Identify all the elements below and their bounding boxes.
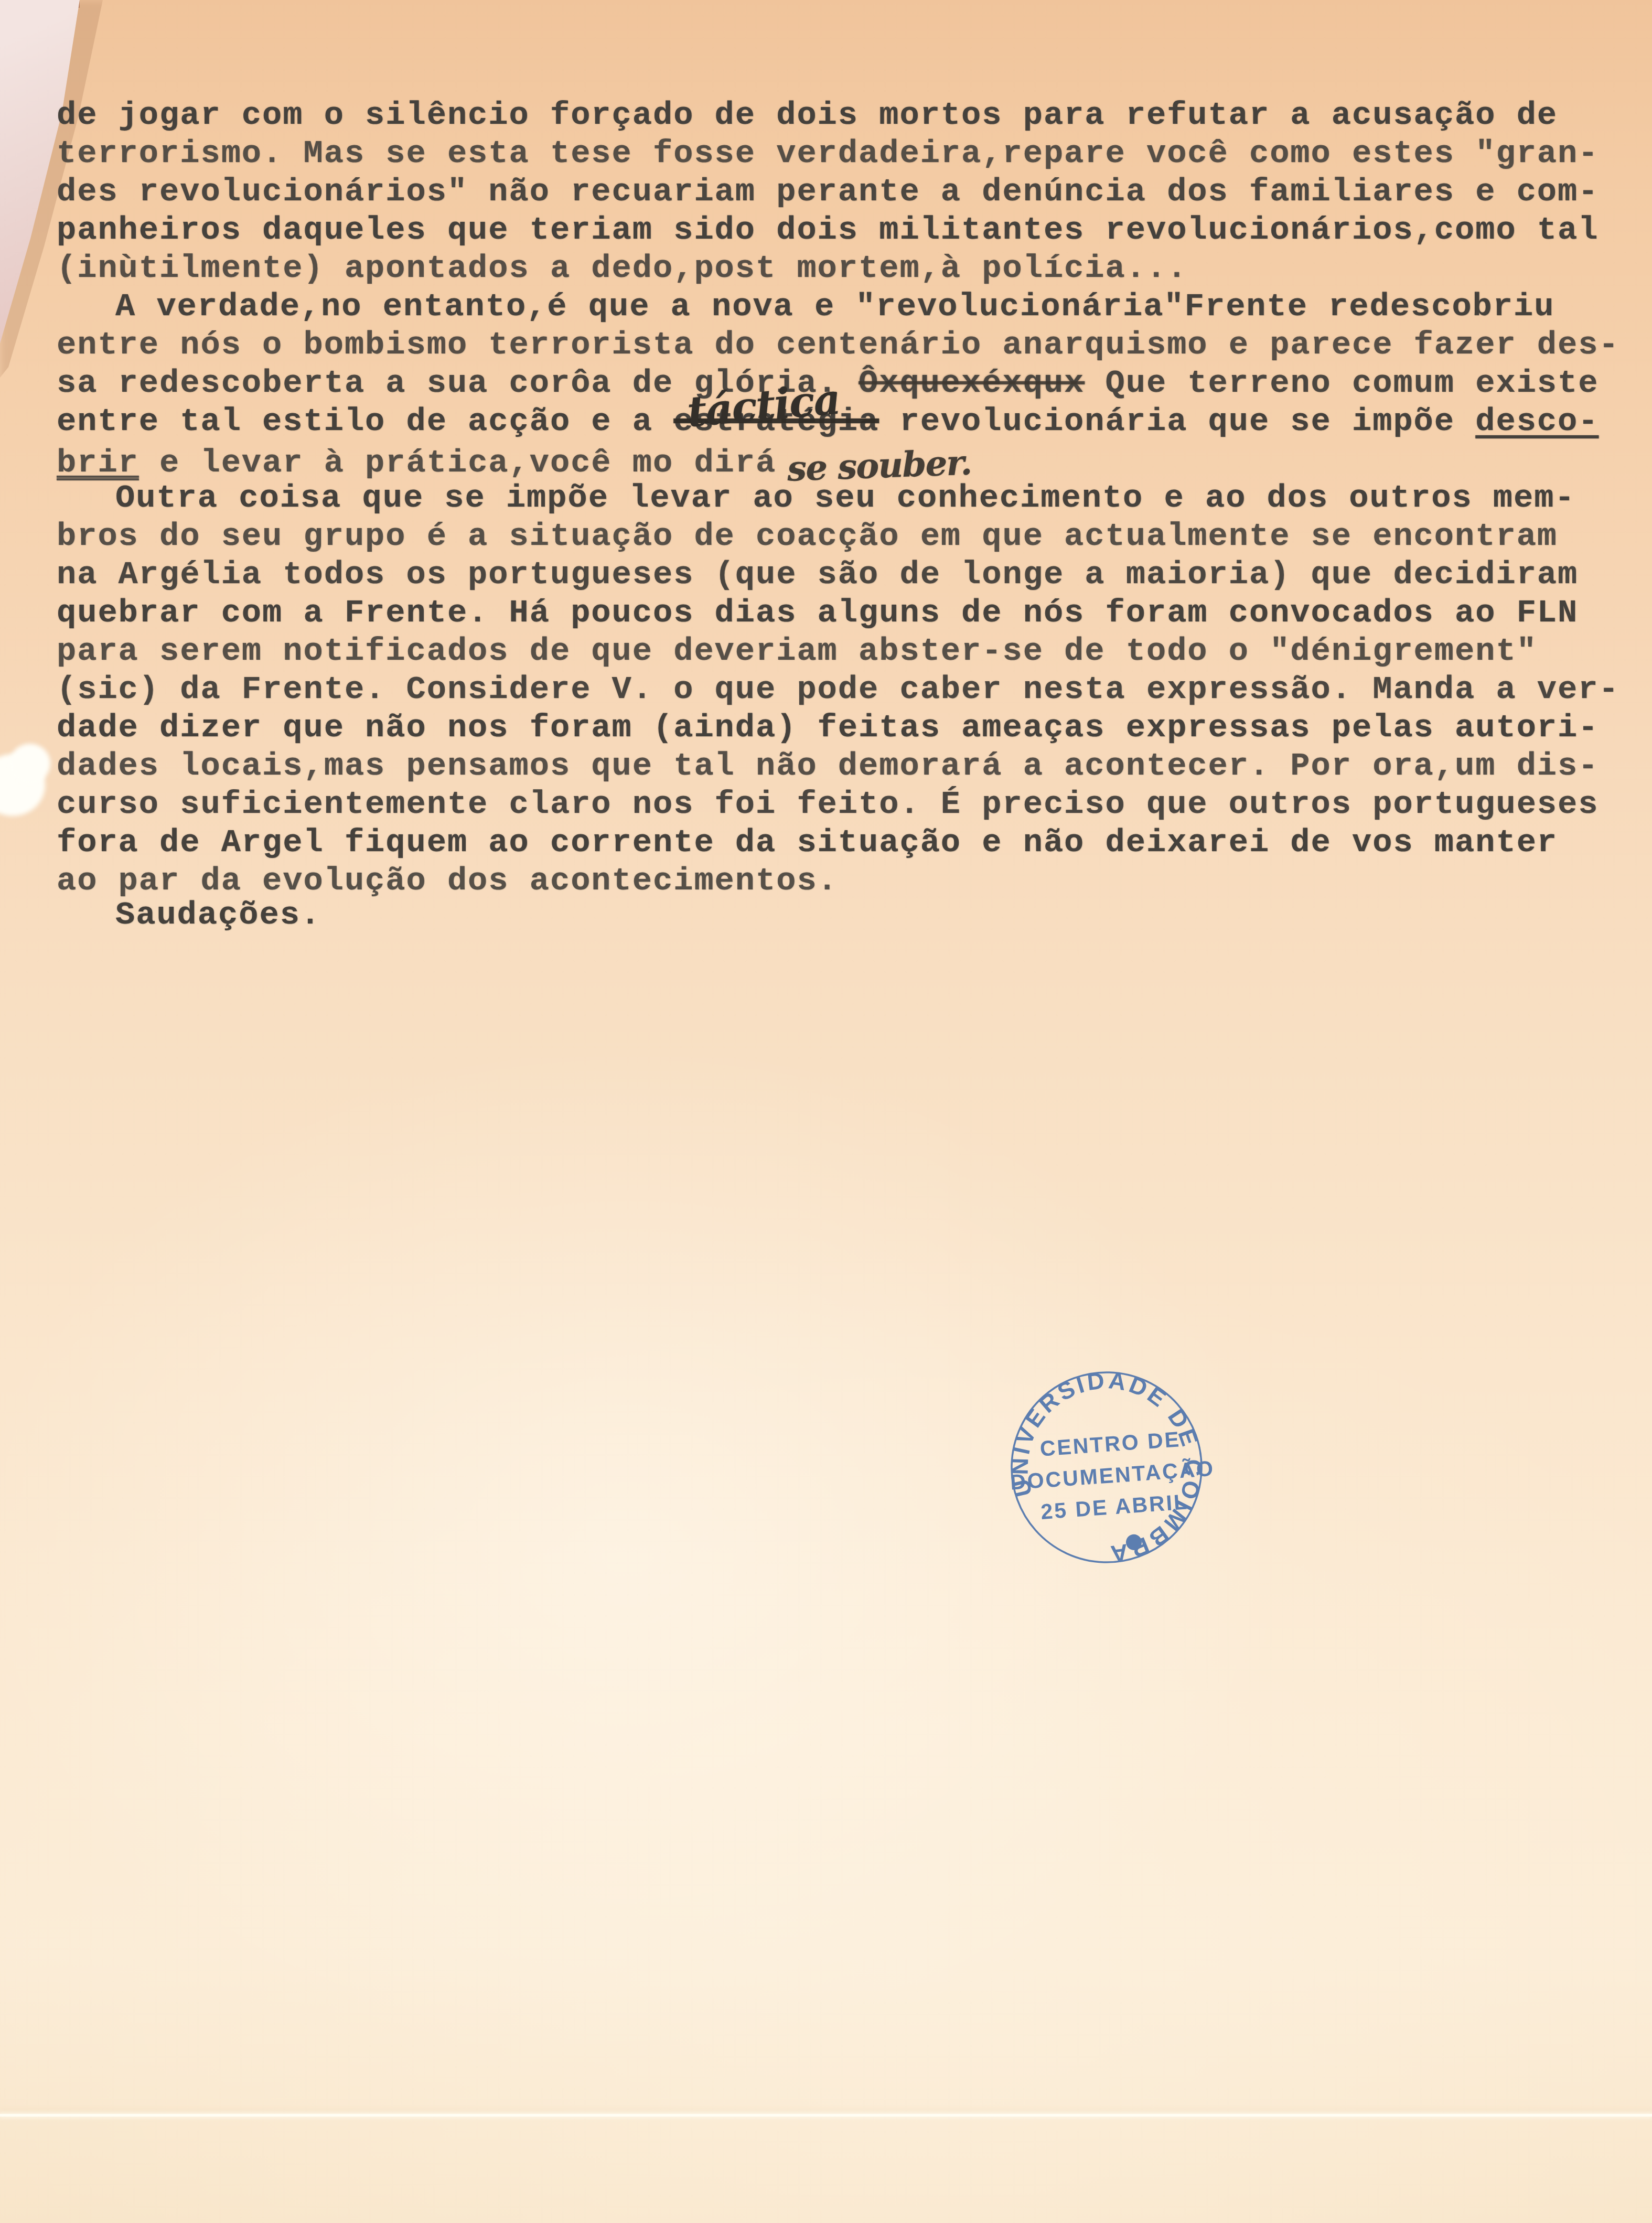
stamp-center-line: CENTRO DE	[1039, 1427, 1181, 1461]
typed-text: fora de Argel fiquem ao corrente da situ…	[57, 824, 1558, 861]
typed-text: panheiros daqueles que teriam sido dois …	[57, 211, 1599, 249]
paper-crease	[0, 2114, 1652, 2117]
typed-text: Que terreno comum existe	[1085, 364, 1599, 402]
typed-text: des revolucionários" não recuariam peran…	[57, 173, 1599, 210]
typed-text: entre tal estilo de acção e a	[57, 403, 673, 440]
typed-line: terrorismo. Mas se esta tese fosse verda…	[57, 134, 1630, 173]
typed-line: entre tal estilo de acção e a estratégia…	[57, 402, 1630, 441]
underlined-text: brir	[57, 444, 139, 481]
typed-text: de jogar com o silêncio forçado de dois …	[57, 96, 1558, 134]
typed-text: entre nós o bombismo terrorista do cente…	[57, 326, 1619, 363]
typed-text: na Argélia todos os portugueses (que são…	[57, 556, 1578, 593]
typed-text: quebrar com a Frente. Há poucos dias alg…	[57, 594, 1578, 631]
typed-text: (sic) da Frente. Considere V. o que pode…	[57, 671, 1619, 708]
underlined-text: desco-	[1475, 403, 1599, 440]
corrected-word: estratégiatáctica	[673, 402, 879, 441]
typed-text: bros do seu grupo é a situação de coacçã…	[57, 518, 1558, 555]
paragraph-3: Outra coisa que se impõe levar ao seu co…	[57, 479, 1630, 900]
typed-line: (inùtilmente) apontados a dedo,post mort…	[57, 249, 1630, 287]
archive-round-stamp: UNIVERSIDADE DE COIMBRA CENTRO DE DOCUME…	[991, 1352, 1222, 1583]
typed-line: Outra coisa que se impõe levar ao seu co…	[57, 479, 1630, 517]
typed-text: para serem notificados de que deveriam a…	[57, 632, 1537, 670]
typed-text: curso suficientemente claro nos foi feit…	[57, 786, 1599, 823]
typed-text: dades locais,mas pensamos que tal não de…	[57, 747, 1599, 785]
typed-line: des revolucionários" não recuariam peran…	[57, 173, 1630, 211]
typed-line: A verdade,no entanto,é que a nova e "rev…	[57, 287, 1630, 326]
handwritten-correction: táctica	[686, 380, 842, 431]
scanned-letter-page: de jogar com o silêncio forçado de dois …	[0, 0, 1652, 2223]
paragraph-1: de jogar com o silêncio forçado de dois …	[57, 96, 1630, 287]
typed-line: dades locais,mas pensamos que tal não de…	[57, 747, 1630, 785]
typed-text: revolucionária que se impõe	[879, 403, 1475, 440]
typed-text: ao par da evolução dos acontecimentos.	[57, 862, 838, 899]
typed-line: na Argélia todos os portugueses (que são…	[57, 555, 1630, 594]
paragraph-2: A verdade,no entanto,é que a nova e "rev…	[57, 287, 1630, 479]
typed-line: fora de Argel fiquem ao corrente da situ…	[57, 823, 1630, 862]
typed-line: ao par da evolução dos acontecimentos.	[57, 862, 1630, 900]
typed-text: (inùtilmente) apontados a dedo,post mort…	[57, 250, 1187, 287]
typed-text: Outra coisa que se impõe levar ao seu co…	[115, 479, 1575, 517]
typed-line: quebrar com a Frente. Há poucos dias alg…	[57, 594, 1630, 632]
typed-line: (sic) da Frente. Considere V. o que pode…	[57, 670, 1630, 708]
typed-text: A verdade,no entanto,é que a nova e "rev…	[115, 288, 1554, 325]
struck-out-text: Ôxquexéxqux	[859, 364, 1085, 402]
closing-salutation: Saudações.	[115, 896, 1652, 934]
typed-text: e levar à prática,você mo dirá	[139, 444, 776, 481]
typed-line: panheiros daqueles que teriam sido dois …	[57, 211, 1630, 249]
typed-line: curso suficientemente claro nos foi feit…	[57, 785, 1630, 823]
typed-line: sa redescoberta a sua corôa de glória. Ô…	[57, 364, 1630, 402]
typed-line: para serem notificados de que deveriam a…	[57, 632, 1630, 670]
typed-text: terrorismo. Mas se esta tese fosse verda…	[57, 135, 1599, 172]
typed-line: de jogar com o silêncio forçado de dois …	[57, 96, 1630, 134]
typed-text: dade dizer que não nos foram (ainda) fei…	[57, 709, 1599, 746]
typed-line: brir e levar à prática,você mo dirá se s…	[57, 441, 1630, 479]
typed-line: dade dizer que não nos foram (ainda) fei…	[57, 708, 1630, 747]
punch-hole	[9, 744, 50, 783]
typed-line: entre nós o bombismo terrorista do cente…	[57, 326, 1630, 364]
typed-line: bros do seu grupo é a situação de coacçã…	[57, 517, 1630, 555]
